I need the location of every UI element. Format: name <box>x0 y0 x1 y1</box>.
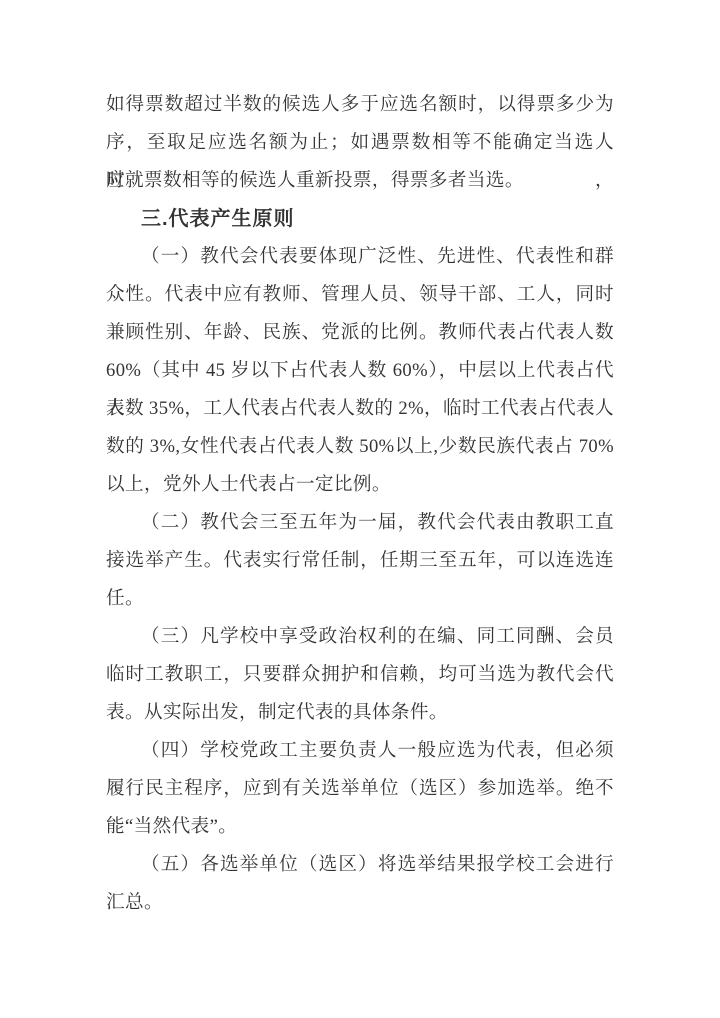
text-line: 60%（其中 45 岁以下占代表人数 60%），中层以上代表占代表 <box>106 352 614 390</box>
document-content: 如得票数超过半数的候选人多于应选名额时，以得票多少为序，至取足应选名额为止；如遇… <box>106 86 614 922</box>
text-line: 任。 <box>106 580 614 618</box>
document-page: 如得票数超过半数的候选人多于应选名额时，以得票多少为序，至取足应选名额为止；如遇… <box>0 0 720 1018</box>
text-line: （三）凡学校中享受政治权利的在编、同工同酬、会员 <box>106 618 614 656</box>
text-line: （五）各选举单位（选区）将选举结果报学校工会进行 <box>106 846 614 884</box>
paragraph-item-4: （四）学校党政工主要负责人一般应选为代表，但必须履行民主程序，应到有关选举单位（… <box>106 732 614 846</box>
text-line: 履行民主程序，应到有关选举单位（选区）参加选举。绝不 <box>106 770 614 808</box>
paragraph-item-3: （三）凡学校中享受政治权利的在编、同工同酬、会员临时工教职工，只要群众拥护和信赖… <box>106 618 614 732</box>
paragraph-item-5: （五）各选举单位（选区）将选举结果报学校工会进行汇总。 <box>106 846 614 922</box>
text-line: 兼顾性别、年龄、民族、党派的比例。教师代表占代表人数 <box>106 314 614 352</box>
text-line: 人数 35%，工人代表占代表人数的 2%，临时工代表占代表人 <box>106 390 614 428</box>
text-line: 汇总。 <box>106 884 614 922</box>
paragraph-item-1: （一）教代会代表要体现广泛性、先进性、代表性和群众性。代表中应有教师、管理人员、… <box>106 238 614 504</box>
text-line: 如得票数超过半数的候选人多于应选名额时，以得票多少为 <box>106 86 614 124</box>
paragraph-continuation-voting-rules: 如得票数超过半数的候选人多于应选名额时，以得票多少为序，至取足应选名额为止；如遇… <box>106 86 614 200</box>
text-line: 接选举产生。代表实行常任制，任期三至五年，可以连选连 <box>106 542 614 580</box>
text-line: （一）教代会代表要体现广泛性、先进性、代表性和群 <box>106 238 614 276</box>
text-line: 能“当然代表”。 <box>106 808 614 846</box>
text-line: 临时工教职工，只要群众拥护和信赖，均可当选为教代会代 <box>106 656 614 694</box>
text-line: 数的 3%,女性代表占代表人数 50%以上,少数民族代表占 70% <box>106 428 614 466</box>
heading-section-three: 三.代表产生原则 <box>106 200 614 238</box>
heading-line: 三.代表产生原则 <box>106 200 614 238</box>
text-line: （二）教代会三至五年为一届，教代会代表由教职工直 <box>106 504 614 542</box>
text-line: 序，至取足应选名额为止；如遇票数相等不能确定当选人时， <box>106 124 614 162</box>
paragraph-item-2: （二）教代会三至五年为一届，教代会代表由教职工直接选举产生。代表实行常任制，任期… <box>106 504 614 618</box>
text-line: 以上，党外人士代表占一定比例。 <box>106 466 614 504</box>
text-line: 表。从实际出发，制定代表的具体条件。 <box>106 694 614 732</box>
text-line: 众性。代表中应有教师、管理人员、领导干部、工人，同时 <box>106 276 614 314</box>
text-line: （四）学校党政工主要负责人一般应选为代表，但必须 <box>106 732 614 770</box>
